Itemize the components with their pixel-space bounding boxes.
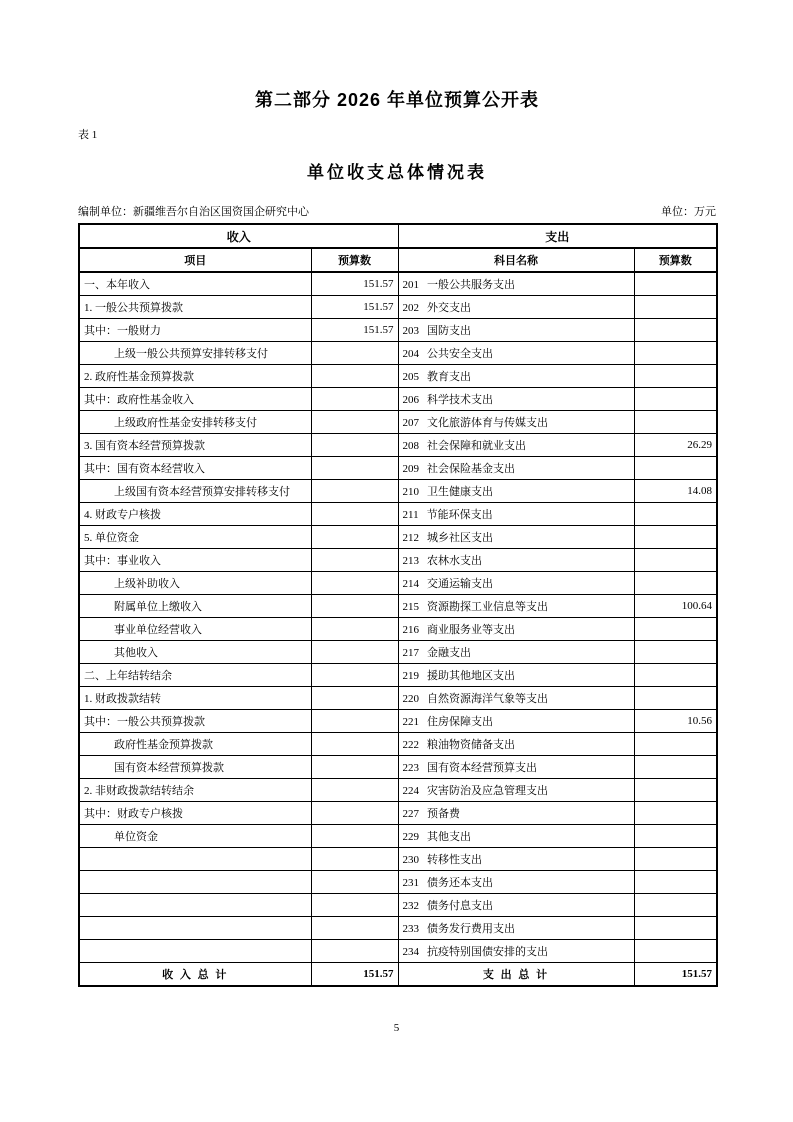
- expense-subject-cell: 227预备费: [398, 802, 634, 825]
- expense-name: 抗疫特别国债安排的支出: [427, 946, 548, 958]
- expense-code: 215: [403, 601, 420, 613]
- expense-code: 222: [403, 739, 420, 751]
- expense-subject-cell: 202外交支出: [398, 296, 634, 319]
- expense-budget-cell: [634, 894, 717, 917]
- table-row: 上级政府性基金安排转移支付207文化旅游体育与传媒支出: [79, 411, 717, 434]
- table-row: 1. 一般公共预算拨款151.57202外交支出: [79, 296, 717, 319]
- income-budget-cell: [311, 549, 398, 572]
- col-header-budget2: 预算数: [634, 248, 717, 272]
- income-budget-cell: [311, 411, 398, 434]
- expense-code: 217: [403, 647, 420, 659]
- expense-name: 自然资源海洋气象等支出: [427, 693, 548, 705]
- expense-code: 213: [403, 555, 420, 567]
- income-budget-cell: 151.57: [311, 272, 398, 296]
- unit-label: 单位：万元: [661, 203, 716, 219]
- totals-row: 收 入 总 计 151.57 支 出 总 计 151.57: [79, 963, 717, 987]
- expense-budget-cell: [634, 272, 717, 296]
- col-header-subject: 科目名称: [398, 248, 634, 272]
- expense-subject-cell: 234抗疫特别国债安排的支出: [398, 940, 634, 963]
- table-row: 其中：一般公共预算拨款221住房保障支出10.56: [79, 710, 717, 733]
- table-row: 232债务付息支出: [79, 894, 717, 917]
- income-item-cell: 上级政府性基金安排转移支付: [79, 411, 311, 434]
- income-budget-cell: [311, 917, 398, 940]
- expense-code: 201: [403, 279, 420, 291]
- expense-code: 220: [403, 693, 420, 705]
- expense-code: 232: [403, 900, 420, 912]
- expense-code: 227: [403, 808, 420, 820]
- table-row: 4. 财政专户核拨211节能环保支出: [79, 503, 717, 526]
- expense-subject-cell: 217金融支出: [398, 641, 634, 664]
- expense-budget-cell: [634, 388, 717, 411]
- expense-name: 住房保障支出: [427, 716, 493, 728]
- expense-name: 文化旅游体育与传媒支出: [427, 417, 548, 429]
- expense-name: 卫生健康支出: [427, 486, 493, 498]
- expense-budget-cell: 26.29: [634, 434, 717, 457]
- income-budget-cell: [311, 733, 398, 756]
- table-row: 其中：国有资本经营收入209社会保险基金支出: [79, 457, 717, 480]
- budget-table: 收入 支出 项目 预算数 科目名称 预算数 一、本年收入151.57201一般公…: [78, 223, 718, 987]
- expense-subject-cell: 229其他支出: [398, 825, 634, 848]
- income-item-cell: [79, 848, 311, 871]
- income-item-cell: 2. 政府性基金预算拨款: [79, 365, 311, 388]
- expense-budget-cell: [634, 618, 717, 641]
- table-row: 2. 政府性基金预算拨款205教育支出: [79, 365, 717, 388]
- expense-name: 社会保险基金支出: [427, 463, 515, 475]
- income-item-cell: 1. 财政拨款结转: [79, 687, 311, 710]
- expense-name: 节能环保支出: [427, 509, 493, 521]
- expense-name: 粮油物资储备支出: [427, 739, 515, 751]
- expense-name: 预备费: [427, 808, 460, 820]
- expense-name: 交通运输支出: [427, 578, 493, 590]
- expense-code: 210: [403, 486, 420, 498]
- expense-budget-cell: [634, 319, 717, 342]
- expense-budget-cell: [634, 457, 717, 480]
- table-row: 其中：一般财力151.57203国防支出: [79, 319, 717, 342]
- income-budget-cell: [311, 802, 398, 825]
- expense-name: 农林水支出: [427, 555, 482, 567]
- table-row: 附属单位上缴收入215资源勘探工业信息等支出100.64: [79, 595, 717, 618]
- income-budget-cell: [311, 871, 398, 894]
- expense-budget-cell: [634, 802, 717, 825]
- expense-code: 221: [403, 716, 420, 728]
- income-budget-cell: [311, 526, 398, 549]
- table-body: 一、本年收入151.57201一般公共服务支出1. 一般公共预算拨款151.57…: [79, 272, 717, 963]
- expense-name: 资源勘探工业信息等支出: [427, 601, 548, 613]
- income-item-cell: 3. 国有资本经营预算拨款: [79, 434, 311, 457]
- income-budget-cell: 151.57: [311, 296, 398, 319]
- expense-budget-cell: [634, 526, 717, 549]
- expense-subject-cell: 224灾害防治及应急管理支出: [398, 779, 634, 802]
- expense-code: 233: [403, 923, 420, 935]
- income-budget-cell: [311, 779, 398, 802]
- expense-code: 216: [403, 624, 420, 636]
- income-budget-cell: [311, 595, 398, 618]
- table-row: 230转移性支出: [79, 848, 717, 871]
- table-row: 234抗疫特别国债安排的支出: [79, 940, 717, 963]
- expense-budget-cell: [634, 411, 717, 434]
- expense-name: 外交支出: [427, 302, 471, 314]
- table-row: 单位资金229其他支出: [79, 825, 717, 848]
- income-budget-cell: [311, 480, 398, 503]
- income-item-cell: 二、上年结转结余: [79, 664, 311, 687]
- expense-subject-cell: 201一般公共服务支出: [398, 272, 634, 296]
- income-item-cell: 4. 财政专户核拨: [79, 503, 311, 526]
- income-item-cell: 上级补助收入: [79, 572, 311, 595]
- income-budget-cell: [311, 710, 398, 733]
- income-budget-cell: [311, 756, 398, 779]
- expense-subject-cell: 209社会保险基金支出: [398, 457, 634, 480]
- expense-subject-cell: 233债务发行费用支出: [398, 917, 634, 940]
- col-header-budget: 预算数: [311, 248, 398, 272]
- expense-budget-cell: [634, 917, 717, 940]
- table-row: 事业单位经营收入216商业服务业等支出: [79, 618, 717, 641]
- table-row: 233债务发行费用支出: [79, 917, 717, 940]
- income-item-cell: 其中：一般公共预算拨款: [79, 710, 311, 733]
- income-budget-cell: [311, 457, 398, 480]
- expense-budget-cell: [634, 664, 717, 687]
- expense-name: 援助其他地区支出: [427, 670, 515, 682]
- income-item-cell: 2. 非财政拨款结转结余: [79, 779, 311, 802]
- expense-name: 教育支出: [427, 371, 471, 383]
- expense-name: 一般公共服务支出: [427, 279, 515, 291]
- prepared-by-label: 编制单位：新疆维吾尔自治区国资国企研究中心: [78, 203, 309, 219]
- expense-section-header: 支出: [398, 224, 717, 248]
- income-budget-cell: [311, 894, 398, 917]
- table-row: 上级一般公共预算安排转移支付204公共安全支出: [79, 342, 717, 365]
- income-total-label: 收 入 总 计: [79, 963, 311, 987]
- expense-budget-cell: [634, 342, 717, 365]
- expense-subject-cell: 212城乡社区支出: [398, 526, 634, 549]
- table-row: 231债务还本支出: [79, 871, 717, 894]
- expense-code: 214: [403, 578, 420, 590]
- table-row: 其中：财政专户核拨227预备费: [79, 802, 717, 825]
- expense-code: 231: [403, 877, 420, 889]
- expense-code: 212: [403, 532, 420, 544]
- income-item-cell: 一、本年收入: [79, 272, 311, 296]
- expense-code: 204: [403, 348, 420, 360]
- income-item-cell: 事业单位经营收入: [79, 618, 311, 641]
- expense-budget-cell: 14.08: [634, 480, 717, 503]
- expense-budget-cell: [634, 779, 717, 802]
- table-row: 2. 非财政拨款结转结余224灾害防治及应急管理支出: [79, 779, 717, 802]
- expense-budget-cell: [634, 296, 717, 319]
- expense-budget-cell: [634, 365, 717, 388]
- expense-budget-cell: [634, 825, 717, 848]
- income-item-cell: 其他收入: [79, 641, 311, 664]
- table-header-sections: 收入 支出: [79, 224, 717, 248]
- expense-budget-cell: [634, 756, 717, 779]
- table-row: 其他收入217金融支出: [79, 641, 717, 664]
- income-budget-cell: [311, 365, 398, 388]
- expense-code: 219: [403, 670, 420, 682]
- expense-name: 城乡社区支出: [427, 532, 493, 544]
- income-item-cell: [79, 871, 311, 894]
- table-label: 表 1: [78, 126, 716, 142]
- col-header-item: 项目: [79, 248, 311, 272]
- income-budget-cell: [311, 848, 398, 871]
- income-item-cell: [79, 917, 311, 940]
- income-section-header: 收入: [79, 224, 398, 248]
- expense-subject-cell: 230转移性支出: [398, 848, 634, 871]
- expense-code: 223: [403, 762, 420, 774]
- expense-name: 灾害防治及应急管理支出: [427, 785, 548, 797]
- expense-subject-cell: 213农林水支出: [398, 549, 634, 572]
- income-item-cell: 上级国有资本经营预算安排转移支付: [79, 480, 311, 503]
- income-budget-cell: [311, 641, 398, 664]
- expense-budget-cell: [634, 848, 717, 871]
- income-budget-cell: 151.57: [311, 319, 398, 342]
- expense-budget-cell: [634, 549, 717, 572]
- income-item-cell: 其中：政府性基金收入: [79, 388, 311, 411]
- expense-subject-cell: 214交通运输支出: [398, 572, 634, 595]
- expense-budget-cell: [634, 733, 717, 756]
- expense-name: 金融支出: [427, 647, 471, 659]
- expense-code: 206: [403, 394, 420, 406]
- expense-code: 208: [403, 440, 420, 452]
- income-item-cell: 政府性基金预算拨款: [79, 733, 311, 756]
- expense-total-label: 支 出 总 计: [398, 963, 634, 987]
- expense-subject-cell: 231债务还本支出: [398, 871, 634, 894]
- table-row: 一、本年收入151.57201一般公共服务支出: [79, 272, 717, 296]
- expense-subject-cell: 206科学技术支出: [398, 388, 634, 411]
- expense-name: 债务发行费用支出: [427, 923, 515, 935]
- expense-subject-cell: 204公共安全支出: [398, 342, 634, 365]
- table-row: 1. 财政拨款结转220自然资源海洋气象等支出: [79, 687, 717, 710]
- expense-subject-cell: 216商业服务业等支出: [398, 618, 634, 641]
- expense-subject-cell: 207文化旅游体育与传媒支出: [398, 411, 634, 434]
- income-budget-cell: [311, 940, 398, 963]
- income-item-cell: 其中：一般财力: [79, 319, 311, 342]
- expense-subject-cell: 232债务付息支出: [398, 894, 634, 917]
- table-row: 上级国有资本经营预算安排转移支付210卫生健康支出14.08: [79, 480, 717, 503]
- table-header-columns: 项目 预算数 科目名称 预算数: [79, 248, 717, 272]
- income-budget-cell: [311, 825, 398, 848]
- expense-subject-cell: 220自然资源海洋气象等支出: [398, 687, 634, 710]
- income-item-cell: [79, 940, 311, 963]
- expense-name: 国有资本经营预算支出: [427, 762, 537, 774]
- expense-subject-cell: 215资源勘探工业信息等支出: [398, 595, 634, 618]
- income-budget-cell: [311, 342, 398, 365]
- expense-name: 公共安全支出: [427, 348, 493, 360]
- income-budget-cell: [311, 388, 398, 411]
- expense-code: 202: [403, 302, 420, 314]
- table-row: 政府性基金预算拨款222粮油物资储备支出: [79, 733, 717, 756]
- table-row: 5. 单位资金212城乡社区支出: [79, 526, 717, 549]
- expense-subject-cell: 223国有资本经营预算支出: [398, 756, 634, 779]
- table-row: 上级补助收入214交通运输支出: [79, 572, 717, 595]
- expense-name: 科学技术支出: [427, 394, 493, 406]
- page-title: 单位收支总体情况表: [78, 142, 716, 183]
- expense-total-value: 151.57: [634, 963, 717, 987]
- expense-budget-cell: 10.56: [634, 710, 717, 733]
- expense-budget-cell: 100.64: [634, 595, 717, 618]
- expense-code: 211: [403, 509, 419, 521]
- expense-name: 商业服务业等支出: [427, 624, 515, 636]
- page-number: 5: [0, 1022, 793, 1034]
- income-total-value: 151.57: [311, 963, 398, 987]
- table-row: 其中：政府性基金收入206科学技术支出: [79, 388, 717, 411]
- expense-subject-cell: 222粮油物资储备支出: [398, 733, 634, 756]
- expense-budget-cell: [634, 572, 717, 595]
- expense-budget-cell: [634, 503, 717, 526]
- document-page: 第二部分 2026 年单位预算公开表 表 1 单位收支总体情况表 编制单位：新疆…: [0, 0, 793, 987]
- income-budget-cell: [311, 687, 398, 710]
- expense-code: 230: [403, 854, 420, 866]
- expense-subject-cell: 221住房保障支出: [398, 710, 634, 733]
- income-budget-cell: [311, 434, 398, 457]
- expense-code: 229: [403, 831, 420, 843]
- table-row: 二、上年结转结余219援助其他地区支出: [79, 664, 717, 687]
- table-row: 其中：事业收入213农林水支出: [79, 549, 717, 572]
- expense-budget-cell: [634, 940, 717, 963]
- expense-subject-cell: 205教育支出: [398, 365, 634, 388]
- income-item-cell: 上级一般公共预算安排转移支付: [79, 342, 311, 365]
- expense-name: 其他支出: [427, 831, 471, 843]
- expense-name: 国防支出: [427, 325, 471, 337]
- expense-budget-cell: [634, 687, 717, 710]
- income-budget-cell: [311, 664, 398, 687]
- income-item-cell: 单位资金: [79, 825, 311, 848]
- table-row: 3. 国有资本经营预算拨款208社会保障和就业支出26.29: [79, 434, 717, 457]
- expense-name: 债务付息支出: [427, 900, 493, 912]
- expense-budget-cell: [634, 871, 717, 894]
- expense-code: 203: [403, 325, 420, 337]
- expense-code: 234: [403, 946, 420, 958]
- income-item-cell: 其中：财政专户核拨: [79, 802, 311, 825]
- part-title: 第二部分 2026 年单位预算公开表: [78, 0, 716, 112]
- expense-subject-cell: 203国防支出: [398, 319, 634, 342]
- expense-subject-cell: 210卫生健康支出: [398, 480, 634, 503]
- income-item-cell: 国有资本经营预算拨款: [79, 756, 311, 779]
- expense-name: 转移性支出: [427, 854, 482, 866]
- income-item-cell: [79, 894, 311, 917]
- expense-budget-cell: [634, 641, 717, 664]
- table-meta-row: 编制单位：新疆维吾尔自治区国资国企研究中心 单位：万元: [78, 203, 716, 219]
- income-item-cell: 5. 单位资金: [79, 526, 311, 549]
- income-budget-cell: [311, 618, 398, 641]
- income-item-cell: 其中：事业收入: [79, 549, 311, 572]
- expense-code: 209: [403, 463, 420, 475]
- expense-code: 207: [403, 417, 420, 429]
- expense-subject-cell: 219援助其他地区支出: [398, 664, 634, 687]
- expense-subject-cell: 211节能环保支出: [398, 503, 634, 526]
- income-item-cell: 1. 一般公共预算拨款: [79, 296, 311, 319]
- expense-name: 债务还本支出: [427, 877, 493, 889]
- income-item-cell: 其中：国有资本经营收入: [79, 457, 311, 480]
- income-item-cell: 附属单位上缴收入: [79, 595, 311, 618]
- expense-code: 205: [403, 371, 420, 383]
- income-budget-cell: [311, 572, 398, 595]
- income-budget-cell: [311, 503, 398, 526]
- expense-code: 224: [403, 785, 420, 797]
- table-row: 国有资本经营预算拨款223国有资本经营预算支出: [79, 756, 717, 779]
- expense-name: 社会保障和就业支出: [427, 440, 526, 452]
- expense-subject-cell: 208社会保障和就业支出: [398, 434, 634, 457]
